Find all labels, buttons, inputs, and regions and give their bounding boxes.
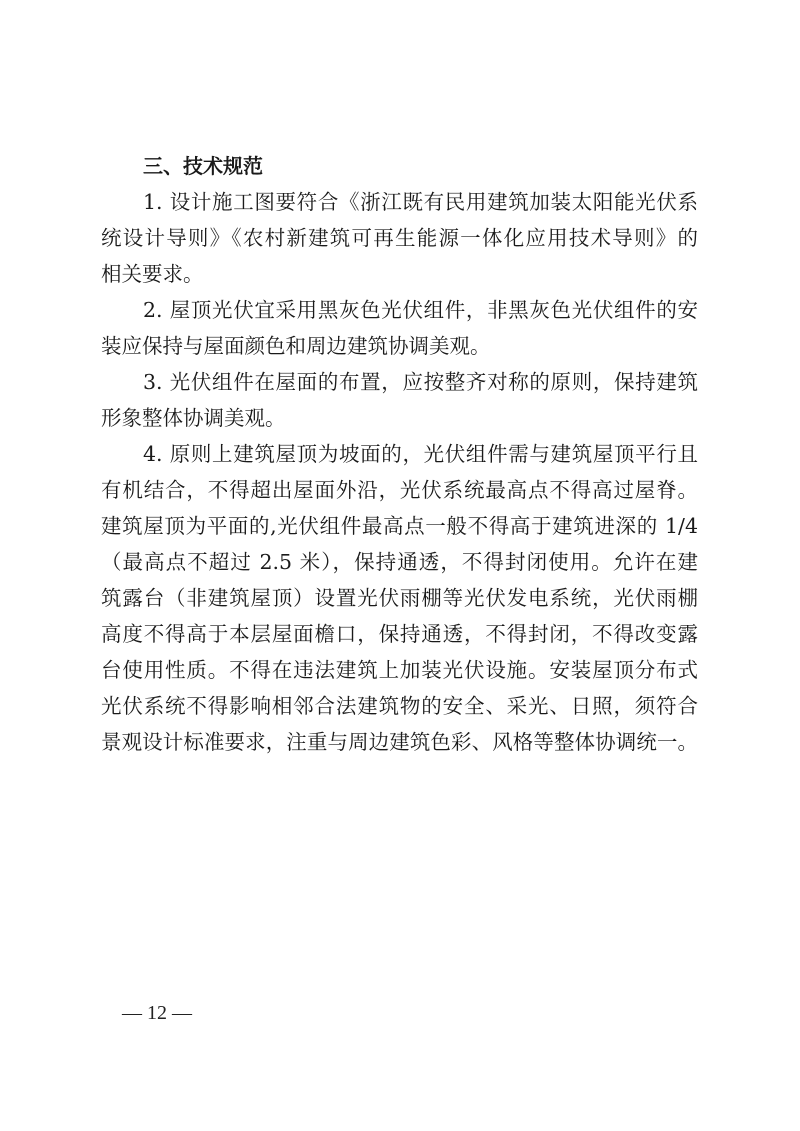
text-line: 1. 设计施工图要符合《浙江既有民用建筑加装太阳能光伏系 [101, 184, 698, 220]
text-line: 4. 原则上建筑屋顶为坡面的，光伏组件需与建筑屋顶平行且 [101, 436, 698, 472]
section-heading: 三、技术规范 [101, 148, 698, 184]
text-line: 建筑屋顶为平面的,光伏组件最高点一般不得高于建筑进深的 1/4 [101, 508, 698, 544]
text-line: 3. 光伏组件在屋面的布置，应按整齐对称的原则，保持建筑 [101, 364, 698, 400]
page-number: — 12 — [122, 1002, 192, 1025]
text-line: （最高点不超过 2.5 米），保持通透，不得封闭使用。允许在建 [101, 544, 698, 580]
text-line: 2. 屋顶光伏宜采用黑灰色光伏组件，非黑灰色光伏组件的安 [101, 292, 698, 328]
paragraph-3: 3. 光伏组件在屋面的布置，应按整齐对称的原则，保持建筑 形象整体协调美观。 [101, 364, 698, 436]
text-line: 有机结合，不得超出屋面外沿，光伏系统最高点不得高过屋脊。 [101, 472, 698, 508]
text-line: 形象整体协调美观。 [101, 400, 698, 436]
text-line: 台使用性质。不得在违法建筑上加装光伏设施。安装屋顶分布式 [101, 652, 698, 688]
paragraph-4: 4. 原则上建筑屋顶为坡面的，光伏组件需与建筑屋顶平行且 有机结合，不得超出屋面… [101, 436, 698, 760]
paragraph-1: 1. 设计施工图要符合《浙江既有民用建筑加装太阳能光伏系 统设计导则》《农村新建… [101, 184, 698, 292]
document-page: 三、技术规范 1. 设计施工图要符合《浙江既有民用建筑加装太阳能光伏系 统设计导… [101, 148, 698, 760]
text-line: 统设计导则》《农村新建筑可再生能源一体化应用技术导则》的 [101, 220, 698, 256]
text-line: 高度不得高于本层屋面檐口，保持通透，不得封闭，不得改变露 [101, 616, 698, 652]
text-line: 相关要求。 [101, 256, 698, 292]
text-line: 光伏系统不得影响相邻合法建筑物的安全、采光、日照，须符合 [101, 688, 698, 724]
text-line: 筑露台（非建筑屋顶）设置光伏雨棚等光伏发电系统，光伏雨棚 [101, 580, 698, 616]
text-line: 景观设计标准要求，注重与周边建筑色彩、风格等整体协调统一。 [101, 724, 698, 760]
text-line: 装应保持与屋面颜色和周边建筑协调美观。 [101, 328, 698, 364]
paragraph-2: 2. 屋顶光伏宜采用黑灰色光伏组件，非黑灰色光伏组件的安 装应保持与屋面颜色和周… [101, 292, 698, 364]
